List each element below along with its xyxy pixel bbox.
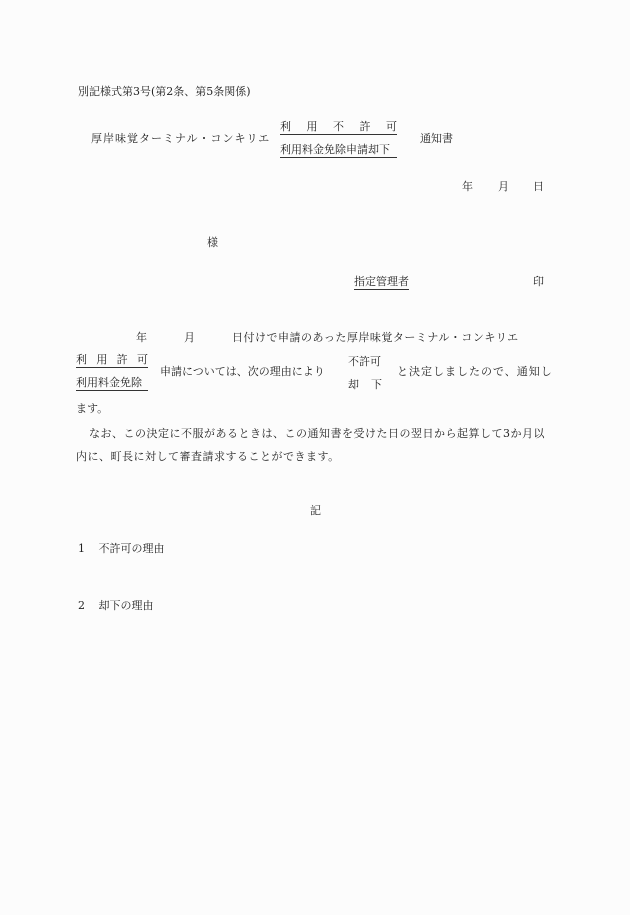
title-suffix: 通知書 <box>420 133 453 144</box>
item-1: 1 不許可の理由 <box>78 543 165 554</box>
date-day: 日 <box>533 181 544 192</box>
title-option-riyou-fukyoka: 利 用 不 許 可 <box>280 121 397 135</box>
date-month: 月 <box>498 181 509 192</box>
body-month: 月 <box>184 332 195 343</box>
item-2: 2 却下の理由 <box>78 600 154 611</box>
addressee-honorific: 様 <box>207 237 218 248</box>
ki-heading: 記 <box>310 505 321 516</box>
item-2-number: 2 <box>78 599 85 612</box>
appeal-notice-line2: 内に、町長に対して審査請求することができます。 <box>76 451 340 462</box>
item-1-label: 不許可の理由 <box>99 542 165 555</box>
seal-mark: 印 <box>533 276 544 287</box>
title-facility: 厚岸味覚ターミナル・コンキリエ <box>91 133 270 144</box>
sender-label: 指定管理者 <box>354 276 409 290</box>
body-line1-text: 日付けで申請のあった厚岸味覚ターミナル・コンキリエ <box>232 332 519 343</box>
body-decision-fukyoka: 不許可 <box>348 356 381 367</box>
body-line2-tail: と決定しましたので、通知し <box>397 366 553 377</box>
item-2-label: 却下の理由 <box>99 599 154 612</box>
body-decision-kyakka: 却 下 <box>348 379 382 390</box>
form-label: 別記様式第3号(第2条、第5条関係) <box>78 86 251 97</box>
title-option-menjo-kyakka: 利用料金免除申請却下 <box>280 144 397 158</box>
body-option-riyou-kyoka: 利 用 許 可 <box>76 354 148 368</box>
appeal-notice-line1: なお、この決定に不服があるときは、この通知書を受けた日の翌日から起算して3か月以 <box>89 428 545 439</box>
body-line2-middle: 申請については、次の理由により <box>160 366 325 377</box>
item-1-number: 1 <box>78 542 85 555</box>
date-year: 年 <box>462 181 473 192</box>
body-year: 年 <box>136 332 147 343</box>
body-option-menjo: 利用料金免除 <box>76 377 148 391</box>
body-line3: ます。 <box>76 403 108 414</box>
